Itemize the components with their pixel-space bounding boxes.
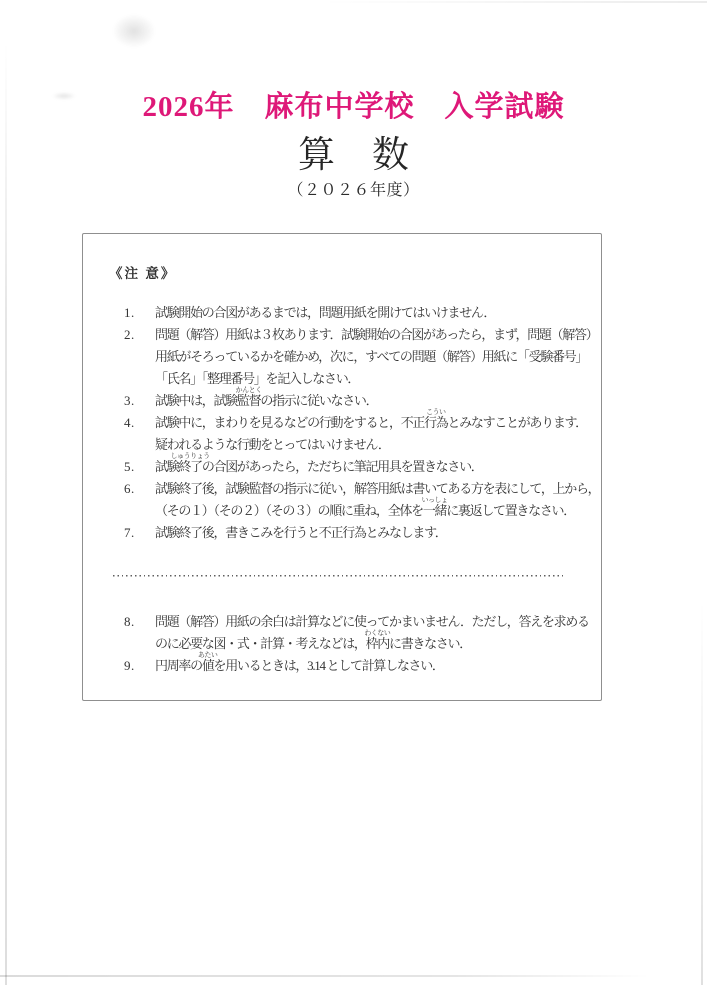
subject-title: 算 数 [0,124,707,178]
rule-text: 円周率の値あたいを用いるときは，3.14 として計算しなさい． [155,655,602,677]
notice-heading: 《注 意》 [109,262,176,282]
rule-text: 試験終了後，試験監督の指示に従い，解答用紙は書いてある方を表にして，上から，（そ… [155,478,602,522]
notice-rule: 1. 試験開始の合図があるまでは，問題用紙を開けてはいけません． [124,302,602,324]
rule-text: 試験中は，試験監督かんとくの指示に従いなさい． [155,390,602,412]
rule-number: 6. [124,478,155,522]
dotted-divider [113,575,565,577]
rule-number: 4. [124,412,155,456]
rule-text: 試験開始の合図があるまでは，問題用紙を開けてはいけません． [155,302,602,324]
notice-rule: 4. 試験中に，まわりを見るなどの行動をすると，不正行為こういとみなすことがあり… [124,412,602,456]
scan-edge-right [701,600,703,985]
rule-number: 8. [124,611,155,655]
notice-rules-top: 1. 試験開始の合図があるまでは，問題用紙を開けてはいけません． 2. 問題（解… [124,302,602,544]
rule-text: 試験終了後，書きこみを行うと不正行為とみなします． [155,522,602,544]
rule-text: 試験中に，まわりを見るなどの行動をすると，不正行為こういとみなすことがあります．… [155,412,602,456]
rule-text: 問題（解答）用紙の余白は計算などに使ってかまいません．ただし，答えを求めるのに必… [155,611,602,655]
scan-edge-top [320,1,707,3]
notice-rule: 3. 試験中は，試験監督かんとくの指示に従いなさい． [124,390,602,412]
year-note: （２０２６年度） [0,177,707,200]
notice-rule: 7. 試験終了後，書きこみを行うと不正行為とみなします． [124,522,602,544]
rule-number: 5. [124,456,155,478]
rule-text: 問題（解答）用紙は３枚あります．試験開始の合図があったら，まず，問題（解答）用紙… [155,324,602,390]
notice-rules-bottom: 8. 問題（解答）用紙の余白は計算などに使ってかまいません．ただし，答えを求める… [124,611,602,677]
notice-box: 《注 意》 1. 試験開始の合図があるまでは，問題用紙を開けてはいけません． 2… [82,233,602,701]
notice-rule: 6. 試験終了後，試験監督の指示に従い，解答用紙は書いてある方を表にして，上から… [124,478,602,522]
scan-edge-bottom [0,975,650,977]
notice-rule: 9. 円周率の値あたいを用いるときは，3.14 として計算しなさい． [124,655,602,677]
rule-number: 3. [124,390,155,412]
rule-number: 2. [124,324,155,390]
exam-cover-page: 2026年 麻布中学校 入学試験 算 数 （２０２６年度） 《注 意》 1. 試… [0,0,707,985]
notice-rule: 5. 試験終了しゅうりょうの合図があったら，ただちに筆記用具を置きなさい． [124,456,602,478]
exam-title: 2026年 麻布中学校 入学試験 [0,84,707,125]
rule-number: 1. [124,302,155,324]
rule-number: 7. [124,522,155,544]
scan-smudge [112,14,156,48]
notice-rule: 2. 問題（解答）用紙は３枚あります．試験開始の合図があったら，まず，問題（解答… [124,324,602,390]
rule-text: 試験終了しゅうりょうの合図があったら，ただちに筆記用具を置きなさい． [155,456,602,478]
notice-rule: 8. 問題（解答）用紙の余白は計算などに使ってかまいません．ただし，答えを求める… [124,611,602,655]
rule-number: 9. [124,655,155,677]
